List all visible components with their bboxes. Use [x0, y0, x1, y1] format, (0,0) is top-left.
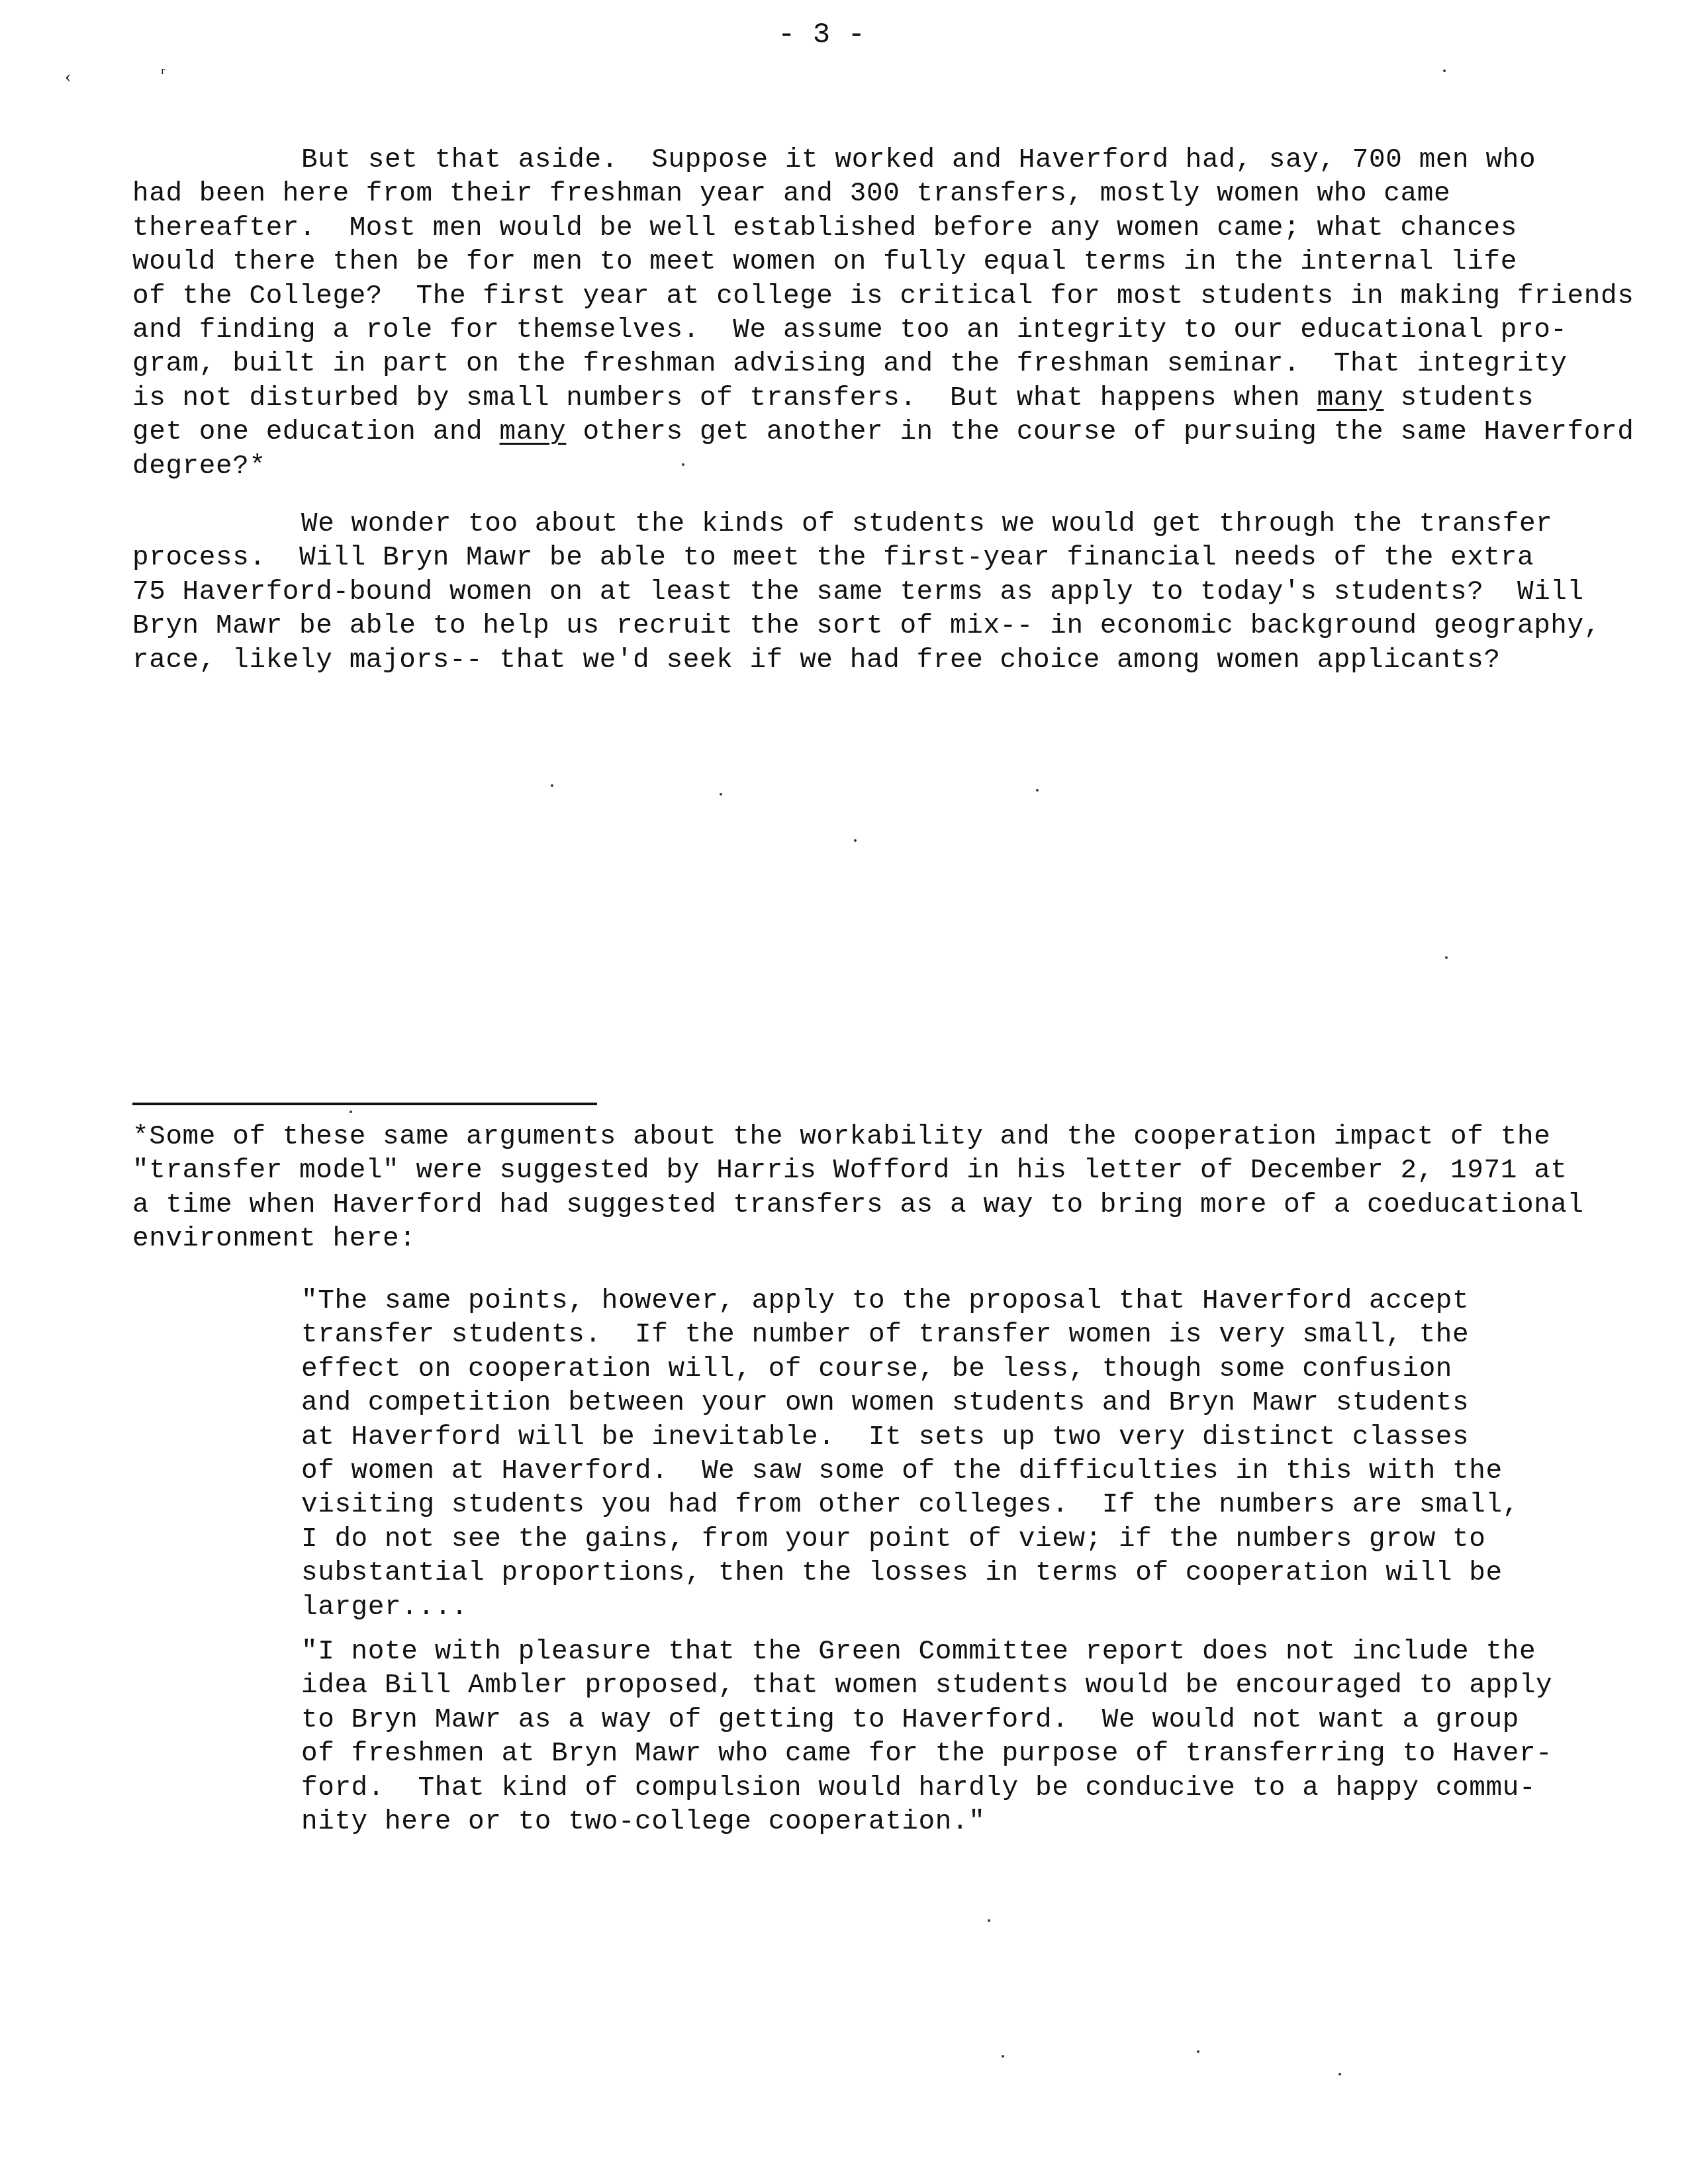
text-line: 75 Haverford-bound women on at least the…: [132, 579, 1584, 606]
quote-line: substantial proportions, then the losses…: [301, 1560, 1503, 1587]
text-line: of the College? The first year at colleg…: [132, 283, 1634, 310]
scan-speck: [551, 784, 553, 787]
stray-mark: ‹: [65, 66, 71, 87]
quote-line: to Bryn Mawr as a way of getting to Have…: [301, 1707, 1519, 1734]
page-number: - 3 -: [778, 19, 865, 52]
text-line: process. Will Bryn Mawr be able to meet …: [132, 545, 1534, 572]
underlined-emphasis: many: [500, 417, 567, 447]
text-line: and finding a role for themselves. We as…: [132, 317, 1568, 344]
scan-speck: [350, 1111, 352, 1113]
text-line: thereafter. Most men would be well estab…: [132, 215, 1517, 242]
stray-mark: ʳ: [161, 64, 165, 85]
footnote-line: environment here:: [132, 1226, 416, 1253]
quote-line: I do not see the gains, from your point …: [301, 1526, 1485, 1553]
document-page: - 3 - ‹ ʳ But set that aside. Suppose it…: [0, 0, 1688, 2184]
scan-speck: [988, 1919, 990, 1922]
quote-line: ford. That kind of compulsion would hard…: [301, 1775, 1536, 1802]
scan-speck: [1445, 956, 1448, 959]
scan-speck: [682, 463, 684, 466]
footnote-line: a time when Haverford had suggested tran…: [132, 1192, 1584, 1219]
scan-speck: [1443, 69, 1446, 72]
scan-speck: [720, 793, 722, 796]
text-line: gram, built in part on the freshman advi…: [132, 351, 1568, 378]
quote-line: effect on cooperation will, of course, b…: [301, 1356, 1452, 1383]
quote-line: visiting students you had from other col…: [301, 1492, 1519, 1519]
text-line: Bryn Mawr be able to help us recruit the…: [132, 613, 1601, 640]
text-line: had been here from their freshman year a…: [132, 181, 1450, 208]
text-segment: is not disturbed by small numbers of tra…: [132, 383, 1317, 414]
text-line: get one education and many others get an…: [132, 419, 1634, 446]
scan-speck: [1036, 789, 1039, 792]
footnote-line: *Some of these same arguments about the …: [132, 1124, 1550, 1151]
footnote-divider: [132, 1103, 597, 1105]
scan-speck: [1338, 2073, 1341, 2075]
quote-line: larger....: [301, 1594, 468, 1621]
scan-speck: [1197, 2050, 1199, 2053]
scan-speck: [854, 839, 857, 842]
text-line: But set that aside. Suppose it worked an…: [301, 147, 1536, 174]
quote-line: nity here or to two-college cooperation.…: [301, 1809, 985, 1836]
scan-speck: [1002, 2055, 1004, 2058]
text-line: would there then be for men to meet wome…: [132, 249, 1517, 276]
text-line: degree?*: [132, 453, 266, 480]
quote-line: idea Bill Ambler proposed, that women st…: [301, 1672, 1552, 1700]
quote-line: of freshmen at Bryn Mawr who came for th…: [301, 1741, 1552, 1768]
underlined-emphasis: many: [1317, 383, 1383, 414]
text-line: We wonder too about the kinds of student…: [301, 511, 1552, 538]
quote-line: "The same points, however, apply to the …: [301, 1288, 1469, 1315]
text-line: is not disturbed by small numbers of tra…: [132, 385, 1534, 412]
text-segment: students: [1383, 383, 1534, 414]
quote-line: at Haverford will be inevitable. It sets…: [301, 1424, 1469, 1451]
quote-line: transfer students. If the number of tran…: [301, 1322, 1469, 1349]
text-segment: get one education and: [132, 417, 500, 447]
quote-line: and competition between your own women s…: [301, 1390, 1469, 1417]
footnote-line: "transfer model" were suggested by Harri…: [132, 1158, 1568, 1185]
text-segment: others get another in the course of purs…: [566, 417, 1634, 447]
quote-line: of women at Haverford. We saw some of th…: [301, 1458, 1503, 1485]
quote-line: "I note with pleasure that the Green Com…: [301, 1639, 1536, 1666]
text-line: race, likely majors-- that we'd seek if …: [132, 647, 1501, 674]
